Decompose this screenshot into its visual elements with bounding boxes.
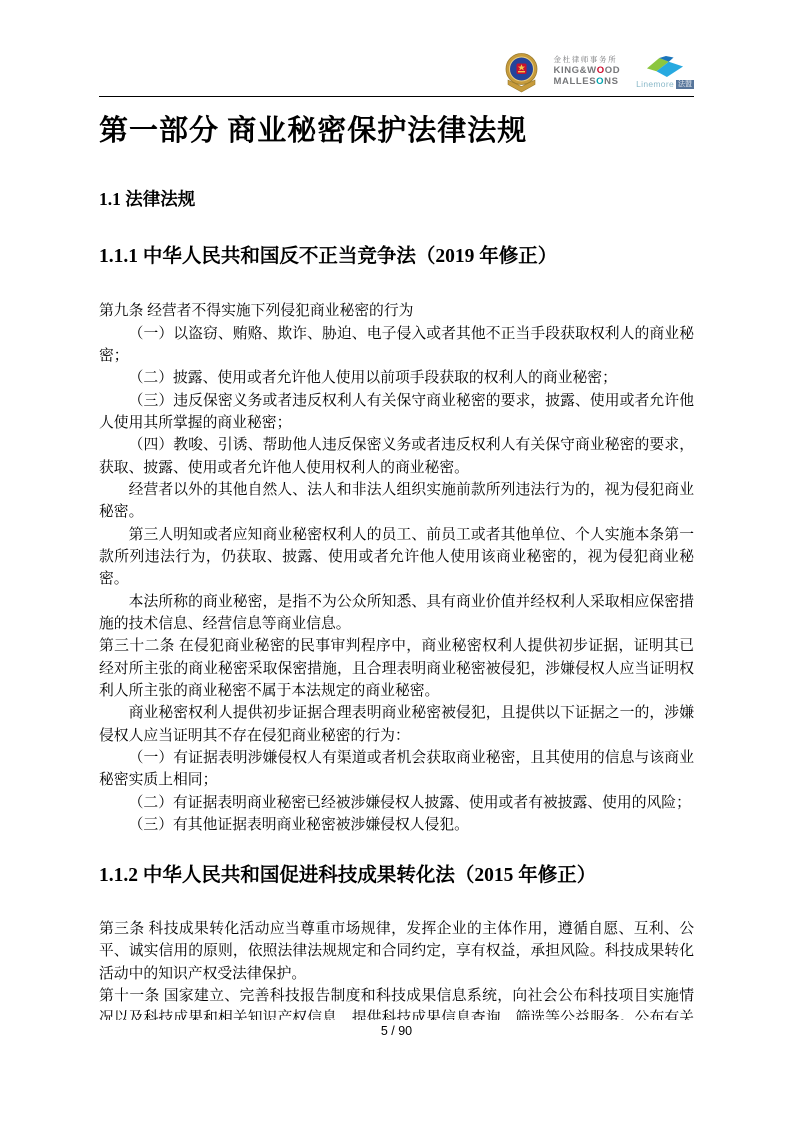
kwm-red-o: O <box>597 65 605 76</box>
paragraph: （一）以盗窃、贿赂、欺诈、胁迫、电子侵入或者其他不正当手段获取权利人的商业秘密； <box>99 323 694 368</box>
page-header: 金杜律师事务所 KING&WOOD MALLESONS Linemore 法盟 <box>99 50 694 97</box>
paragraph: （一）有证据表明涉嫌侵权人有渠道或者机会获取商业秘密，且其使用的信息与该商业秘密… <box>99 747 694 792</box>
paragraph: 第三十二条 在侵犯商业秘密的民事审判程序中，商业秘密权利人提供初步证据，证明其已… <box>99 635 694 702</box>
paragraph: （四）教唆、引诱、帮助他人违反保密义务或者违反权利人有关保守商业秘密的要求，获取… <box>99 434 694 479</box>
page-number: 5 / 90 <box>381 1024 412 1038</box>
document-page: 金杜律师事务所 KING&WOOD MALLESONS Linemore 法盟 … <box>0 0 793 1122</box>
linemore-logo: Linemore 法盟 <box>636 55 694 89</box>
paragraph: （三）有其他证据表明商业秘密被涉嫌侵权人侵犯。 <box>99 814 694 836</box>
paragraph: （二）披露、使用或者允许他人使用以前项手段获取的权利人的商业秘密； <box>99 367 694 389</box>
police-badge-icon <box>505 51 538 94</box>
kwm-en-line1: KING&WOOD <box>554 65 621 76</box>
paragraph: （二）有证据表明商业秘密已经被涉嫌侵权人披露、使用或者有被披露、使用的风险； <box>99 792 694 814</box>
section-heading-1-1-2: 1.1.2 中华人民共和国促进科技成果转化法（2015 年修正） <box>99 864 694 888</box>
section-heading-1-1: 1.1 法律法规 <box>99 189 694 209</box>
page-footer: 5 / 90 <box>0 1024 793 1038</box>
paragraph: 本法所称的商业秘密，是指不为公众所知悉、具有商业价值并经权利人采取相应保密措施的… <box>99 591 694 636</box>
section-1-1-1-body: 第九条 经营者不得实施下列侵犯商业秘密的行为（一）以盗窃、贿赂、欺诈、胁迫、电子… <box>99 300 694 836</box>
paragraph: 第三人明知或者应知商业秘密权利人的员工、前员工或者其他单位、个人实施本条第一款所… <box>99 524 694 591</box>
linemore-wordmark: Linemore 法盟 <box>636 79 694 89</box>
linemore-name: Linemore <box>636 79 674 89</box>
paragraph: 经营者以外的其他自然人、法人和非法人组织实施前款所列违法行为的，视为侵犯商业秘密… <box>99 479 694 524</box>
section-heading-1-1-1: 1.1.1 中华人民共和国反不正当竞争法（2019 年修正） <box>99 245 694 269</box>
paragraph: 商业秘密权利人提供初步证据合理表明商业秘密被侵犯，且提供以下证据之一的，涉嫌侵权… <box>99 702 694 747</box>
section-1-1-2-body: 第三条 科技成果转化活动应当尊重市场规律，发挥企业的主体作用，遵循自愿、互利、公… <box>99 918 694 1020</box>
kwm-cn-name: 金杜律师事务所 <box>554 56 621 65</box>
paragraph: （三）违反保密义务或者违反权利人有关保守商业秘密的要求，披露、使用或者允许他人使… <box>99 390 694 435</box>
part-title: 第一部分 商业秘密保护法律法规 <box>99 113 694 151</box>
paragraph: 第三条 科技成果转化活动应当尊重市场规律，发挥企业的主体作用，遵循自愿、互利、公… <box>99 918 694 985</box>
document-content: 第一部分 商业秘密保护法律法规 1.1 法律法规 1.1.1 中华人民共和国反不… <box>99 96 694 1020</box>
paragraph: 第九条 经营者不得实施下列侵犯商业秘密的行为 <box>99 300 694 322</box>
paragraph: 第十一条 国家建立、完善科技报告制度和科技成果信息系统，向社会公布科技项目实施情… <box>99 985 694 1020</box>
kwm-logo: 金杜律师事务所 KING&WOOD MALLESONS <box>554 56 621 87</box>
header-logos: 金杜律师事务所 KING&WOOD MALLESONS Linemore 法盟 <box>99 50 694 94</box>
kwm-teal-o: O <box>596 76 604 87</box>
linemore-mark-icon <box>646 55 684 78</box>
linemore-tag: 法盟 <box>676 80 694 89</box>
kwm-en-line2: MALLESONS <box>554 76 621 87</box>
